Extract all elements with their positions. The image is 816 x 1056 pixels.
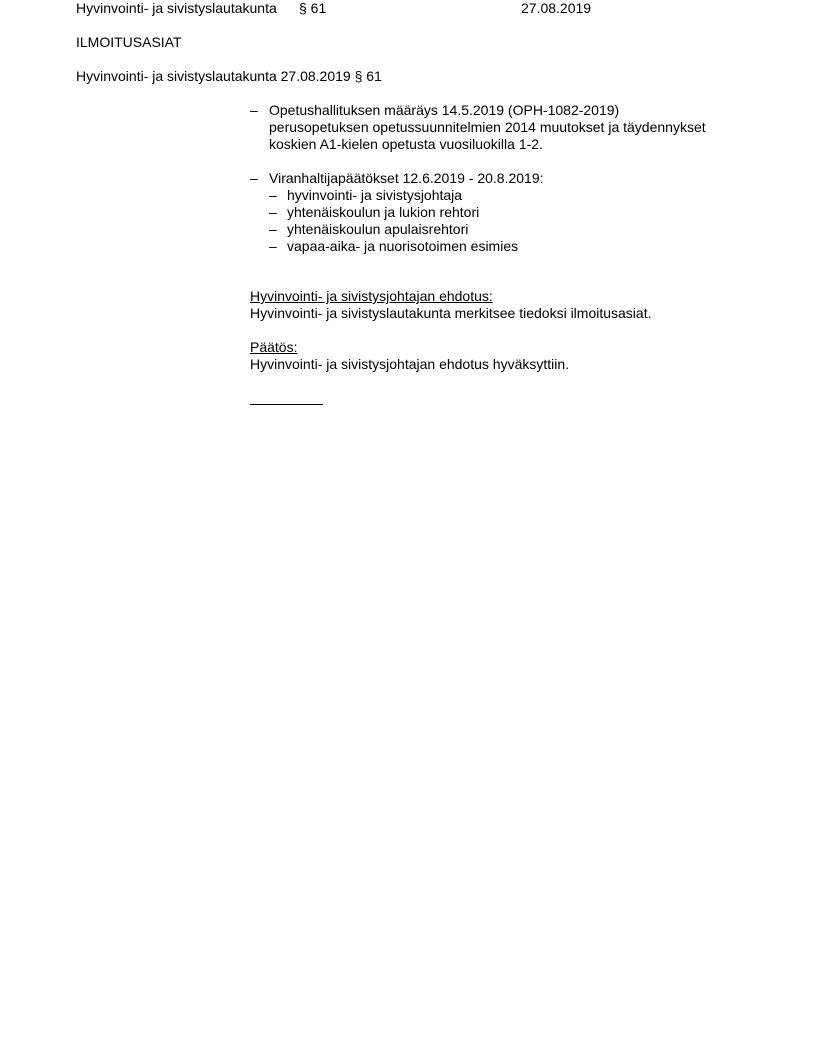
sub-item: yhtenäiskoulun apulaisrehtori [287,221,468,238]
proposal-heading: Hyvinvointi- ja sivistysjohtajan ehdotus… [250,288,493,305]
header-body-name: Hyvinvointi- ja sivistyslautakunta [76,0,277,17]
signature-line [250,404,323,405]
sub-item: yhtenäiskoulun ja lukion rehtori [287,204,479,221]
item-line: Viranhaltijapäätökset 12.6.2019 - 20.8.2… [269,170,544,187]
header-section: § 61 [299,0,326,17]
decision-text: Hyvinvointi- ja sivistysjohtajan ehdotus… [250,356,569,373]
proposal-text: Hyvinvointi- ja sivistyslautakunta merki… [250,305,651,322]
bullet-dash: – [250,102,258,119]
item-line: Opetushallituksen määräys 14.5.2019 (OPH… [269,102,619,119]
item-line: perusopetuksen opetussuunnitelmien 2014 … [269,119,706,136]
bullet-dash: – [269,221,277,238]
item-line: koskien A1-kielen opetusta vuosiluokilla… [269,136,543,153]
sub-item: vapaa-aika- ja nuorisotoimen esimies [287,238,518,255]
bullet-dash: – [250,170,258,187]
bullet-dash: – [269,238,277,255]
bullet-dash: – [269,187,277,204]
document-title: ILMOITUSASIAT [76,34,182,51]
bullet-dash: – [269,204,277,221]
meeting-reference: Hyvinvointi- ja sivistyslautakunta 27.08… [76,68,382,85]
decision-heading: Päätös: [250,339,297,356]
header-date: 27.08.2019 [521,0,591,17]
sub-item: hyvinvointi- ja sivistysjohtaja [287,187,462,204]
